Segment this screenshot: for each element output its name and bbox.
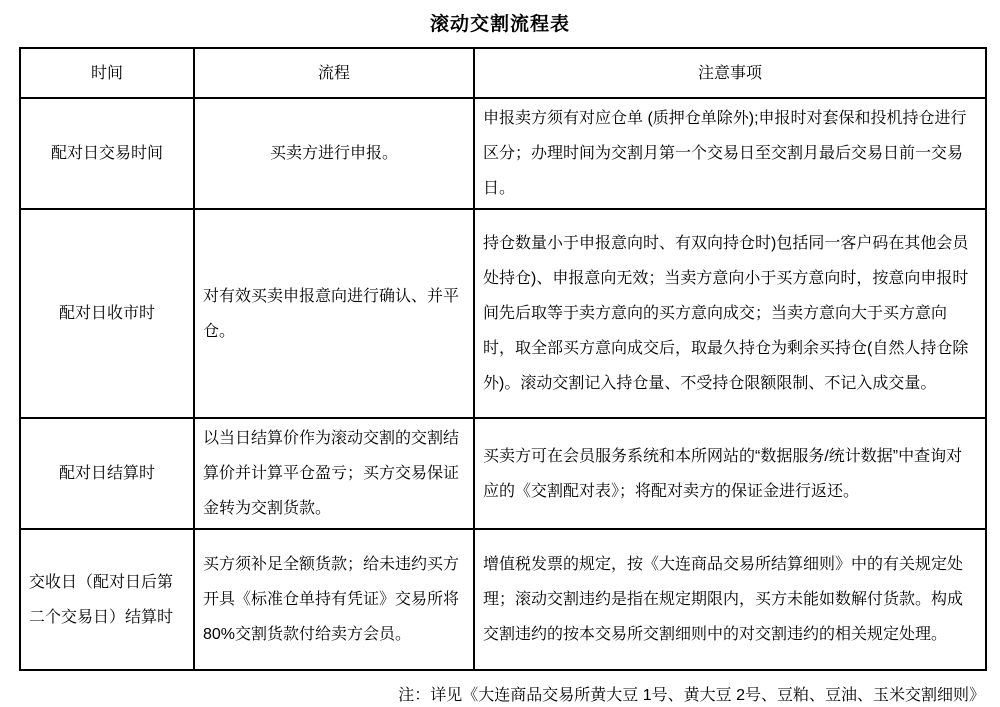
cell-notes: 增值税发票的规定，按《大连商品交易所结算细则》中的有关规定处理；滚动交割违约是指… bbox=[474, 529, 986, 670]
cell-time: 配对日交易时间 bbox=[20, 98, 194, 209]
cell-process: 对有效买卖申报意向进行确认、并平仓。 bbox=[194, 209, 474, 418]
table-row-pairing-day-trading-time: 配对日交易时间 买卖方进行申报。 申报卖方须有对应仓单 (质押仓单除外);申报时… bbox=[20, 98, 986, 209]
column-header-notes: 注意事项 bbox=[474, 48, 986, 98]
document-page: 滚动交割流程表 时间 流程 注意事项 配对日交易时间 买卖方进行申报。 申报卖方… bbox=[0, 0, 1000, 707]
cell-process: 以当日结算价作为滚动交割的交割结算价并计算平仓盈亏；买方交易保证金转为交割货款。 bbox=[194, 418, 474, 529]
cell-notes: 买卖方可在会员服务系统和本所网站的“数据服务/统计数据”中查询对应的《交割配对表… bbox=[474, 418, 986, 529]
rolling-delivery-table: 时间 流程 注意事项 配对日交易时间 买卖方进行申报。 申报卖方须有对应仓单 (… bbox=[19, 47, 987, 671]
cell-time: 配对日结算时 bbox=[20, 418, 194, 529]
cell-time: 配对日收市时 bbox=[20, 209, 194, 418]
table-row-delivery-day-settlement: 交收日（配对日后第二个交易日）结算时 买方须补足全额货款；给未违约买方开具《标准… bbox=[20, 529, 986, 670]
cell-process: 买方须补足全额货款；给未违约买方开具《标准仓单持有凭证》交易所将 80%交割货款… bbox=[194, 529, 474, 670]
page-title: 滚动交割流程表 bbox=[0, 0, 1000, 36]
column-header-process: 流程 bbox=[194, 48, 474, 98]
footnote: 注：详见《大连商品交易所黄大豆 1号、黄大豆 2号、豆粕、豆油、玉米交割细则》 bbox=[0, 684, 985, 707]
header-row: 时间 流程 注意事项 bbox=[20, 48, 986, 98]
cell-notes: 申报卖方须有对应仓单 (质押仓单除外);申报时对套保和投机持仓进行区分；办理时间… bbox=[474, 98, 986, 209]
column-header-time: 时间 bbox=[20, 48, 194, 98]
cell-process: 买卖方进行申报。 bbox=[194, 98, 474, 209]
table-row-pairing-day-market-close: 配对日收市时 对有效买卖申报意向进行确认、并平仓。 持仓数量小于申报意向时、有双… bbox=[20, 209, 986, 418]
cell-time: 交收日（配对日后第二个交易日）结算时 bbox=[20, 529, 194, 670]
cell-notes: 持仓数量小于申报意向时、有双向持仓时)包括同一客户码在其他会员处持仓)、申报意向… bbox=[474, 209, 986, 418]
table-row-pairing-day-settlement: 配对日结算时 以当日结算价作为滚动交割的交割结算价并计算平仓盈亏；买方交易保证金… bbox=[20, 418, 986, 529]
